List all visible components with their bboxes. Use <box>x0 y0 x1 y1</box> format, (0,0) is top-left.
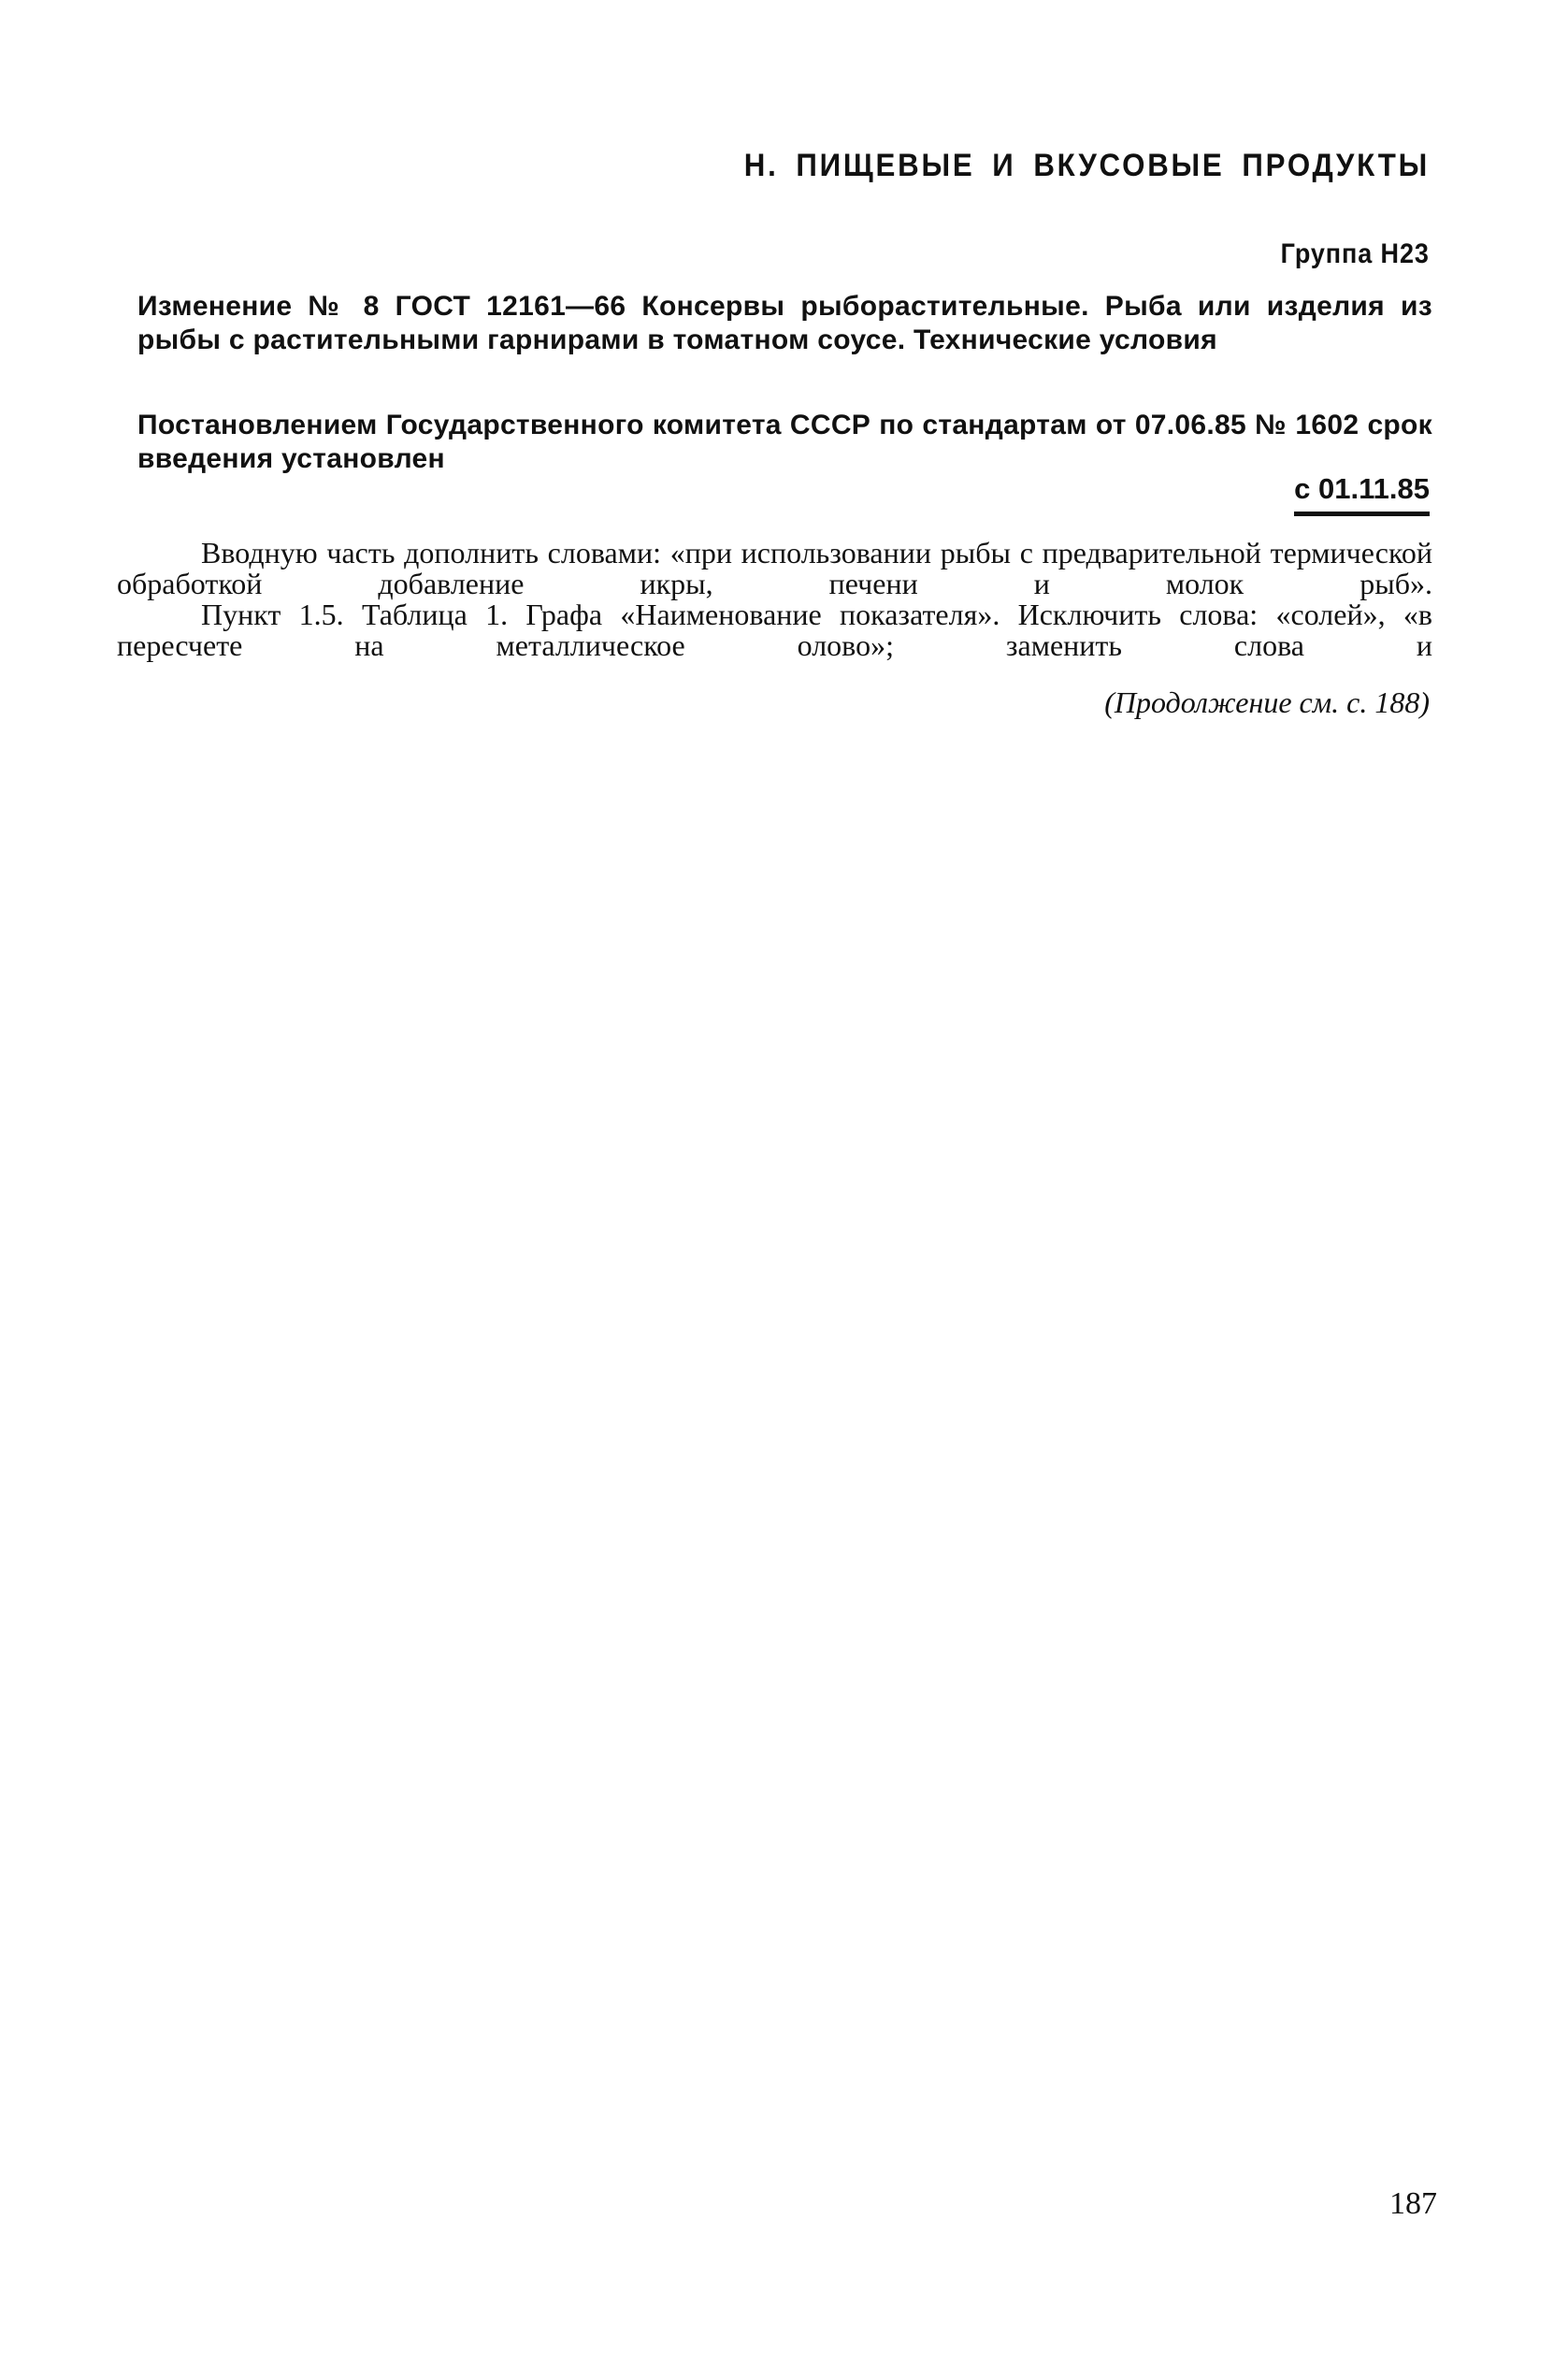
paragraph-intro: Вводную часть дополнить словами: «при ис… <box>117 538 1432 599</box>
paragraph-item-1-5: Пункт 1.5. Таблица 1. Графа «Наименовани… <box>117 599 1432 661</box>
page-number: 187 <box>1389 2186 1437 2222</box>
body-text: Вводную часть дополнить словами: «при ис… <box>117 538 1432 661</box>
group-label: Группа Н23 <box>1281 238 1430 270</box>
change-title: Изменение № 8 ГОСТ 12161—66 Консервы рыб… <box>137 290 1432 357</box>
section-title: Н. ПИЩЕВЫЕ И ВКУСОВЫЕ ПРОДУКТЫ <box>744 148 1430 184</box>
continuation-note: (Продолжение см. с. 188) <box>1104 685 1430 720</box>
effective-date: с 01.11.85 <box>1294 472 1430 516</box>
decree-statement: Постановлением Государственного комитета… <box>137 409 1432 476</box>
